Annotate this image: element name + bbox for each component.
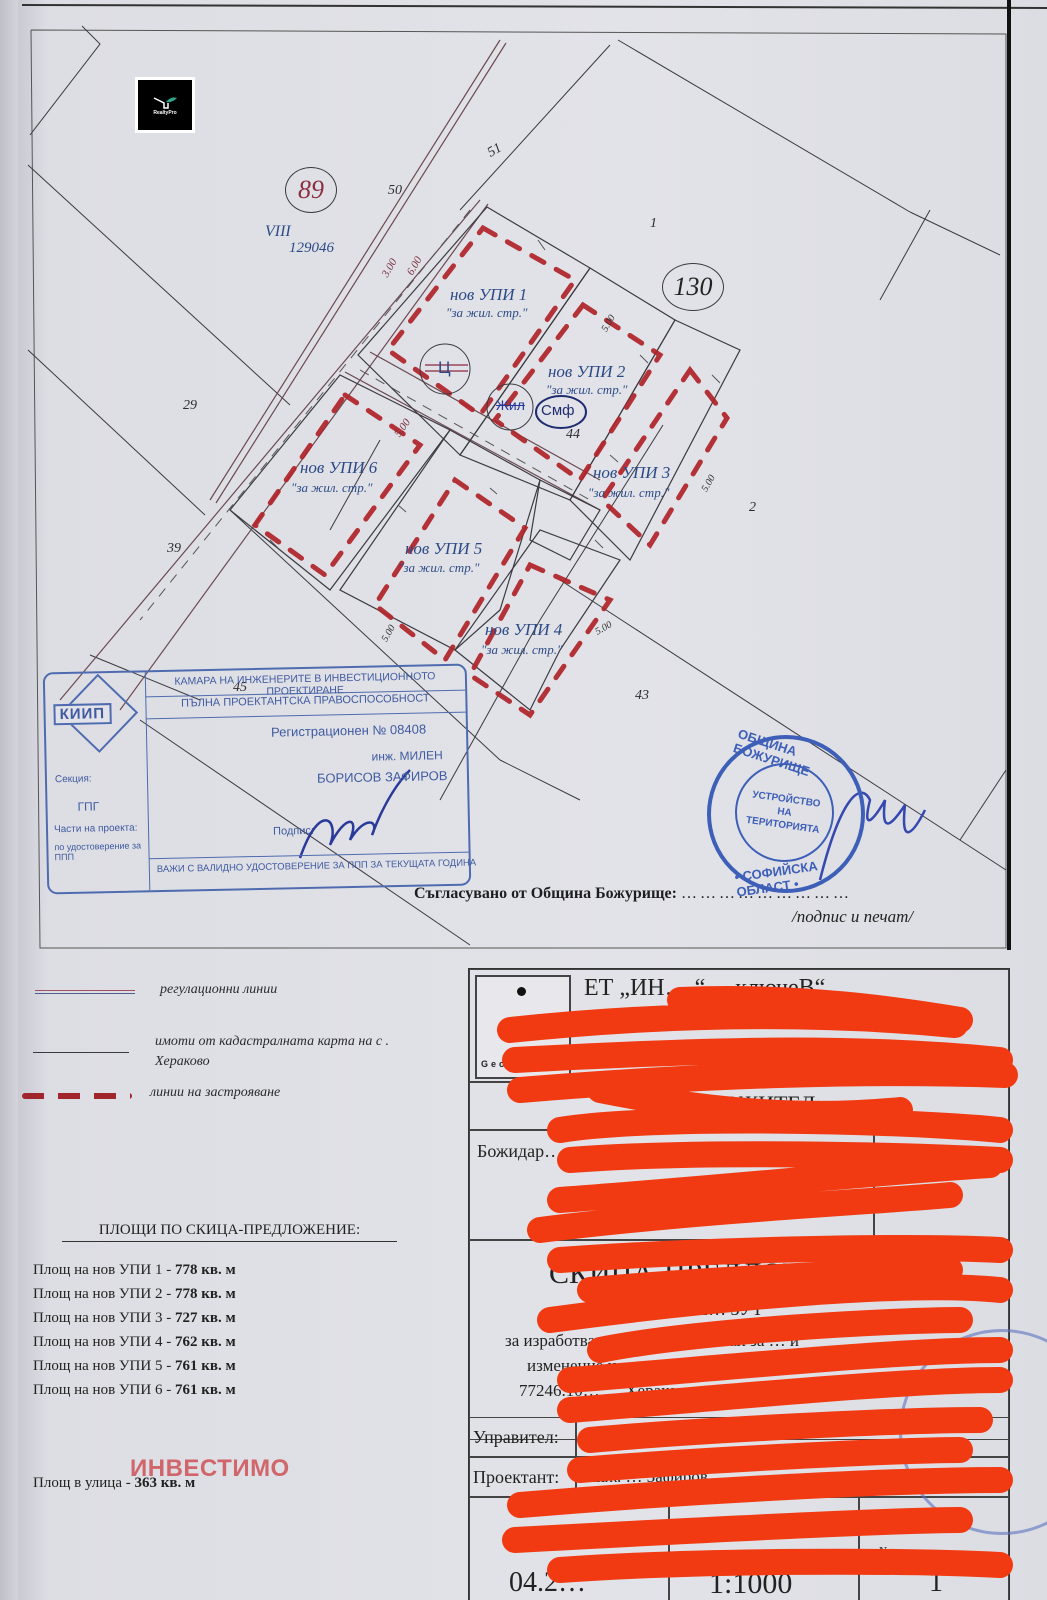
legend-symbol-regulation	[35, 990, 135, 994]
geodesy-logo: Geodesy	[475, 975, 571, 1079]
kiip-stamp-left: КИИП Секция: ГПГ Части на проекта: по уд…	[45, 672, 151, 892]
plot-number: 29	[183, 398, 197, 414]
parcel-130-circle: 130	[662, 263, 724, 311]
tb-client-side-cell	[874, 1130, 1009, 1240]
parcel-89-circle: 89	[285, 167, 337, 213]
tb-sheet-value: 1	[929, 1567, 943, 1599]
area-value: 762 кв. м	[175, 1334, 236, 1350]
kiip-stamp: КИИП Секция: ГПГ Части на проекта: по уд…	[43, 664, 472, 895]
tb-client-header: ВЪЗЛОЖИТЕЛ:	[669, 1091, 822, 1117]
legend-text-cadastre: имоти от кадастралната карта на с . Хера…	[155, 1032, 445, 1072]
legend-text-building-line: линии на застрояване	[150, 1085, 280, 1101]
upi-1-label: нов УПИ 1	[450, 285, 527, 305]
kiip-footer: ВАЖИ С ВАЛИДНО УДОСТОВЕРЕНИЕ ЗА ППП ЗА Т…	[157, 857, 477, 875]
tb-firm-name: ЕТ „ИН… “ …ключеВ“	[584, 975, 825, 1002]
area-row: Площ на нов УПИ 6 - 761 кв. м	[33, 1382, 236, 1399]
areas-title: ПЛОЩИ ПО СКИЦА-ПРЕДЛОЖЕНИЕ:	[62, 1222, 397, 1242]
upi-1-purpose: "за жил. стр."	[446, 305, 527, 321]
approval-text: Съгласувано от Община Божурище:	[414, 885, 677, 902]
area-row: Площ на нов УПИ 1 - 778 кв. м	[33, 1262, 236, 1279]
house-leaf-icon	[152, 95, 178, 109]
plot-number: 44	[566, 427, 580, 443]
logo-brand-text: RealtyPro	[153, 110, 176, 116]
upi-4-label: нов УПИ 4	[485, 620, 562, 640]
legend-text-regulation: регулационни линии	[160, 982, 277, 998]
approval-caption: /подпис и печат/	[792, 907, 913, 927]
area-value: 761 кв. м	[175, 1382, 236, 1398]
zone-mark-handwritten: Смф	[541, 402, 575, 419]
upi-6-purpose: "за жил. стр."	[291, 480, 372, 496]
area-value: 778 кв. м	[175, 1286, 236, 1302]
upi-6-label: нов УПИ 6	[300, 458, 377, 478]
area-label: Площ на нов УПИ 3 -	[33, 1310, 175, 1326]
area-row: Площ на нов УПИ 5 - 761 кв. м	[33, 1358, 236, 1375]
tb-sheet-label: №	[879, 1544, 890, 1559]
tb-doc-title: СКИЦА-ПРЕДЛОЖЕНИЕ	[549, 1257, 889, 1291]
approval-line: Съгласувано от Община Божурище: ………………………	[414, 885, 852, 903]
area-row: Площ на нов УПИ 3 - 727 кв. м	[33, 1310, 236, 1327]
agency-watermark: ИНВЕСТИМО	[130, 1455, 290, 1483]
upi-2-label: нов УПИ 2	[548, 362, 625, 382]
kiip-section-value: ГПГ	[77, 799, 99, 813]
tb-scale: 1:1000	[709, 1567, 792, 1600]
plot-number: 43	[635, 688, 649, 704]
kiip-registration: Регистрационен № 08408	[271, 721, 426, 739]
logo-dot-icon	[517, 987, 526, 996]
agency-logo: RealtyPro	[135, 77, 195, 133]
regulation-id: 129046	[289, 240, 334, 257]
area-label: Площ на нов УПИ 4 -	[33, 1334, 175, 1350]
tb-client-name: Божидар…	[477, 1141, 562, 1162]
area-value: 727 кв. м	[175, 1310, 236, 1326]
title-block: Geodesy ЕТ „ИН… “ …ключеВ“ ВЪЗЛОЖИТЕЛ: Б…	[468, 968, 1010, 1600]
area-label: Площ в улица -	[33, 1475, 134, 1491]
tb-legal-basis: …135, ал. 2… ЗУТ	[619, 1299, 763, 1320]
regulation-mark: VIII	[265, 223, 291, 241]
area-value: 778 кв. м	[175, 1262, 236, 1278]
frame-border	[1007, 0, 1011, 950]
legend-symbol-building-line	[22, 1093, 132, 1099]
area-value: 761 кв. м	[175, 1358, 236, 1374]
tb-date: 04.2…	[509, 1567, 586, 1599]
tb-purpose-2: изменение на …	[527, 1356, 645, 1376]
upi-4-purpose: "за жил. стр."	[481, 642, 562, 658]
tb-purpose-3: 77246.10… … Хераково …	[519, 1381, 715, 1401]
parcel-id: 89	[298, 175, 324, 205]
tb-purpose-1: за изработване на проект … план за … и	[505, 1331, 799, 1351]
area-label: Площ на нов УПИ 5 -	[33, 1358, 175, 1374]
kiip-parts-value: по удостоверение за ППП	[54, 840, 144, 862]
area-row: Площ на нов УПИ 4 - 762 кв. м	[33, 1334, 236, 1351]
kiip-logo-text: КИИП	[53, 703, 111, 725]
legend-symbol-cadastre	[33, 1052, 129, 1053]
tb-designer-value: инж. … Зафиров	[587, 1467, 708, 1487]
upi-3-label: нов УПИ 3	[593, 463, 670, 483]
tb-designer-label: Проектант:	[473, 1467, 559, 1488]
approval-dots: ………………………	[681, 885, 852, 902]
geodesy-logo-text: Geodesy	[481, 1059, 540, 1069]
tb-manager-label: Управител:	[473, 1427, 559, 1448]
parcel-id: 130	[674, 272, 713, 302]
zone-mark-center: Ц	[438, 358, 451, 378]
kiip-parts-label: Части на проекта:	[54, 823, 138, 836]
plot-number: 2	[749, 500, 756, 516]
plot-number: 39	[167, 541, 181, 557]
kiip-section-label: Секция:	[55, 773, 92, 785]
plot-number: 50	[388, 183, 402, 199]
municipal-stamp: ОБЩИНА БОЖУРИЩЕ УСТРОЙСТВО НА ТЕРИТОРИЯТ…	[707, 735, 865, 893]
kiip-engineer-name-2: БОРИСОВ ЗАФИРОВ	[317, 768, 448, 786]
plot-number: 1	[650, 216, 657, 232]
area-row: Площ на нов УПИ 2 - 778 кв. м	[33, 1286, 236, 1303]
upi-2-purpose: "за жил. стр."	[546, 382, 627, 398]
area-label: Площ на нов УПИ 2 -	[33, 1286, 175, 1302]
zone-mark-struck: Жил	[496, 397, 525, 413]
area-label: Площ на нов УПИ 6 -	[33, 1382, 175, 1398]
kiip-signature-label: Подпис:	[273, 825, 314, 838]
upi-5-purpose: "за жил. стр."	[398, 560, 479, 576]
kiip-engineer-name-1: инж. МИЛЕН	[371, 748, 442, 763]
upi-5-label: нов УПИ 5	[405, 539, 482, 559]
tb-manager-value: …Н. …	[629, 1427, 684, 1447]
area-label: Площ на нов УПИ 1 -	[33, 1262, 175, 1278]
upi-3-purpose: "за жил. стр."	[588, 485, 669, 501]
